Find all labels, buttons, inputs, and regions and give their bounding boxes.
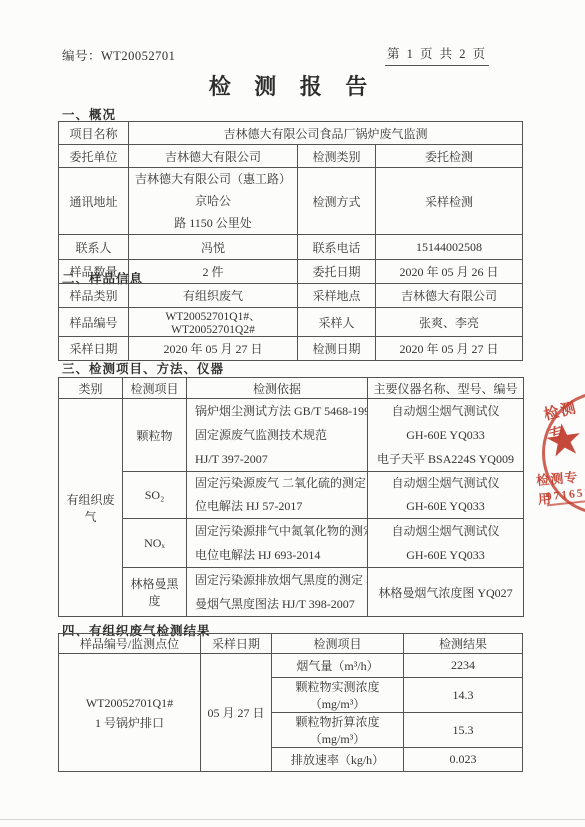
test-date-value: 2020 年 05 月 27 日 xyxy=(376,337,523,361)
test-mode-label: 检测方式 xyxy=(298,168,376,235)
table-row: 有组织废气 颗粒物 锅炉烟尘测试方法 GB/T 5468-1991 固定源废气监… xyxy=(59,399,524,472)
col-test-result: 检测结果 xyxy=(404,634,523,654)
basis-line: 位电解法 HJ 57-2017 xyxy=(195,495,364,518)
address-value: 吉林德大有限公司（惠工路）京哈公 路 1150 公里处 xyxy=(129,168,298,235)
item-so2: SO₂ xyxy=(123,472,187,519)
sampling-location-value: 吉林德大有限公司 xyxy=(376,284,523,308)
sample-type-label: 样品类别 xyxy=(59,284,129,308)
table-row: NOₓ 固定污染源排气中氮氧化物的测定 定 电位电解法 HJ 693-2014 … xyxy=(59,519,524,568)
commission-date-value: 2020 年 05 月 26 日 xyxy=(376,260,523,284)
test-category-label: 检测类别 xyxy=(298,145,376,168)
items-table: 类别 检测项目 检测依据 主要仪器名称、型号、编号 有组织废气 颗粒物 锅炉烟尘… xyxy=(58,377,524,617)
table-row: 联系人 冯悦 联系电话 15144002508 xyxy=(59,235,523,260)
overview-table: 项目名称 吉林德大有限公司食品厂锅炉废气监测 委托单位 吉林德大有限公司 检测类… xyxy=(58,121,523,284)
table-row: SO₂ 固定污染源废气 二氧化硫的测定 定电 位电解法 HJ 57-2017 自… xyxy=(59,472,524,519)
result-value-pm-measured: 14.3 xyxy=(404,678,523,713)
address-label: 通讯地址 xyxy=(59,168,129,235)
result-value-emission-rate: 0.023 xyxy=(404,748,523,772)
page-indicator: 第 1 页 共 2 页 xyxy=(385,44,489,66)
instrument-line: 自动烟尘烟气测试仪 xyxy=(371,399,520,423)
basis-line: 固定污染源排气中氮氧化物的测定 定 xyxy=(195,519,364,543)
sample-type-value: 有组织废气 xyxy=(129,284,298,308)
commission-date-label: 委托日期 xyxy=(298,260,376,284)
instrument-nox: 自动烟尘烟气测试仪 GH-60E YQ033 xyxy=(368,519,524,568)
sample-code-label: 样品编号 xyxy=(59,308,129,337)
col-sampling-date: 采样日期 xyxy=(201,634,272,654)
item-particulate: 颗粒物 xyxy=(123,399,187,472)
basis-line: 固定污染源废气 二氧化硫的测定 定电 xyxy=(195,472,364,495)
star-icon: ★ xyxy=(541,413,585,469)
basis-line: 固定污染源排放烟气黑度的测定 林格 xyxy=(195,568,364,592)
instrument-line: 自动烟尘烟气测试仪 xyxy=(371,519,520,543)
item-nox: NOₓ xyxy=(123,519,187,568)
instrument-line: 自动烟尘烟气测试仪 xyxy=(371,472,520,495)
phone-label: 联系电话 xyxy=(298,235,376,260)
instrument-so2: 自动烟尘烟气测试仪 GH-60E YQ033 xyxy=(368,472,524,519)
result-item-pm-measured: 颗粒物实测浓度（mg/m³） xyxy=(272,678,404,713)
sample-qty-value: 2 件 xyxy=(129,260,298,284)
client-value: 吉林德大有限公司 xyxy=(129,145,298,168)
sample-id-line-1: WT20052701Q1# xyxy=(62,693,197,713)
section-items-heading: 三、检测项目、方法、仪器 xyxy=(62,359,224,377)
instrument-line: 林格曼烟气浓度图 YQ027 xyxy=(371,584,520,601)
sampling-date-value: 2020 年 05 月 27 日 xyxy=(129,337,298,361)
test-date-label: 检测日期 xyxy=(298,337,376,361)
report-page: 编号：WT20052701 第 1 页 共 2 页 检 测 报 告 一、概况 项… xyxy=(0,0,585,827)
sampling-date-label: 采样日期 xyxy=(59,337,129,361)
col-basis: 检测依据 xyxy=(187,378,368,399)
sample-code-value: WT20052701Q1#、WT20052701Q2# xyxy=(129,308,298,337)
test-category-value: 委托检测 xyxy=(376,145,523,168)
address-line-1: 吉林德大有限公司（惠工路）京哈公 xyxy=(132,168,294,212)
table-row: 通讯地址 吉林德大有限公司（惠工路）京哈公 路 1150 公里处 检测方式 采样… xyxy=(59,168,523,235)
result-value-pm-converted: 15.3 xyxy=(404,713,523,748)
basis-particulate: 锅炉烟尘测试方法 GB/T 5468-1991 固定源废气监测技术规范 HJ/T… xyxy=(187,399,368,472)
table-row: 样品编号 WT20052701Q1#、WT20052701Q2# 采样人 张爽、… xyxy=(59,308,523,337)
table-row: 项目名称 吉林德大有限公司食品厂锅炉废气监测 xyxy=(59,122,523,145)
result-sample-id: WT20052701Q1# 1 号锅炉排口 xyxy=(59,654,201,772)
project-name-label: 项目名称 xyxy=(59,122,129,145)
basis-line: 锅炉烟尘测试方法 GB/T 5468-1991 xyxy=(195,399,364,423)
result-item-emission-rate: 排放速率（kg/h） xyxy=(272,748,404,772)
page-bottom-edge xyxy=(0,819,585,820)
basis-ringelmann: 固定污染源排放烟气黑度的测定 林格 曼烟气黑度图法 HJ/T 398-2007 xyxy=(187,568,368,617)
basis-nox: 固定污染源排气中氮氧化物的测定 定 电位电解法 HJ 693-2014 xyxy=(187,519,368,568)
col-test-item: 检测项目 xyxy=(272,634,404,654)
table-row: 样品类别 有组织废气 采样地点 吉林德大有限公司 xyxy=(59,284,523,308)
basis-line: HJ/T 397-2007 xyxy=(195,447,364,471)
basis-so2: 固定污染源废气 二氧化硫的测定 定电 位电解法 HJ 57-2017 xyxy=(187,472,368,519)
report-number: 编号：WT20052701 xyxy=(62,46,175,64)
item-ringelmann: 林格曼黑度 xyxy=(123,568,187,617)
result-item-flue-gas: 烟气量（m³/h） xyxy=(272,654,404,678)
contact-label: 联系人 xyxy=(59,235,129,260)
col-instrument: 主要仪器名称、型号、编号 xyxy=(368,378,524,399)
table-row: 采样日期 2020 年 05 月 27 日 检测日期 2020 年 05 月 2… xyxy=(59,337,523,361)
instrument-line: GH-60E YQ033 xyxy=(371,495,520,518)
instrument-line: GH-60E YQ033 xyxy=(371,423,520,447)
table-row: 委托单位 吉林德大有限公司 检测类别 委托检测 xyxy=(59,145,523,168)
basis-line: 曼烟气黑度图法 HJ/T 398-2007 xyxy=(195,592,364,616)
instrument-ringelmann: 林格曼烟气浓度图 YQ027 xyxy=(368,568,524,617)
instrument-line: 电子天平 BSA224S YQ009 xyxy=(371,447,520,471)
table-row: WT20052701Q1# 1 号锅炉排口 05 月 27 日 烟气量（m³/h… xyxy=(59,654,523,678)
sampling-location-label: 采样地点 xyxy=(298,284,376,308)
results-table: 样品编号/监测点位 采样日期 检测项目 检测结果 WT20052701Q1# 1… xyxy=(58,633,523,772)
waste-gas-category: 有组织废气 xyxy=(59,399,123,617)
table-row: 林格曼黑度 固定污染源排放烟气黑度的测定 林格 曼烟气黑度图法 HJ/T 398… xyxy=(59,568,524,617)
client-label: 委托单位 xyxy=(59,145,129,168)
instrument-particulate: 自动烟尘烟气测试仪 GH-60E YQ033 电子天平 BSA224S YQ00… xyxy=(368,399,524,472)
report-title: 检 测 报 告 xyxy=(0,70,585,101)
result-item-pm-converted: 颗粒物折算浓度（mg/m³） xyxy=(272,713,404,748)
contact-value: 冯悦 xyxy=(129,235,298,260)
sampler-value: 张爽、李亮 xyxy=(376,308,523,337)
phone-value: 15144002508 xyxy=(376,235,523,260)
test-mode-value: 采样检测 xyxy=(376,168,523,235)
sample-info-table: 样品类别 有组织废气 采样地点 吉林德大有限公司 样品编号 WT20052701… xyxy=(58,283,523,361)
col-category: 类别 xyxy=(59,378,123,399)
result-value-flue-gas: 2234 xyxy=(404,654,523,678)
instrument-line: GH-60E YQ033 xyxy=(371,543,520,567)
table-header-row: 类别 检测项目 检测依据 主要仪器名称、型号、编号 xyxy=(59,378,524,399)
sampler-label: 采样人 xyxy=(298,308,376,337)
col-sample-id: 样品编号/监测点位 xyxy=(59,634,201,654)
result-sampling-date: 05 月 27 日 xyxy=(201,654,272,772)
basis-line: 电位电解法 HJ 693-2014 xyxy=(195,543,364,567)
basis-line: 固定源废气监测技术规范 xyxy=(195,423,364,447)
address-line-2: 路 1150 公里处 xyxy=(132,212,294,234)
project-name-value: 吉林德大有限公司食品厂锅炉废气监测 xyxy=(129,122,523,145)
col-item: 检测项目 xyxy=(123,378,187,399)
sample-id-line-2: 1 号锅炉排口 xyxy=(62,713,197,733)
table-header-row: 样品编号/监测点位 采样日期 检测项目 检测结果 xyxy=(59,634,523,654)
